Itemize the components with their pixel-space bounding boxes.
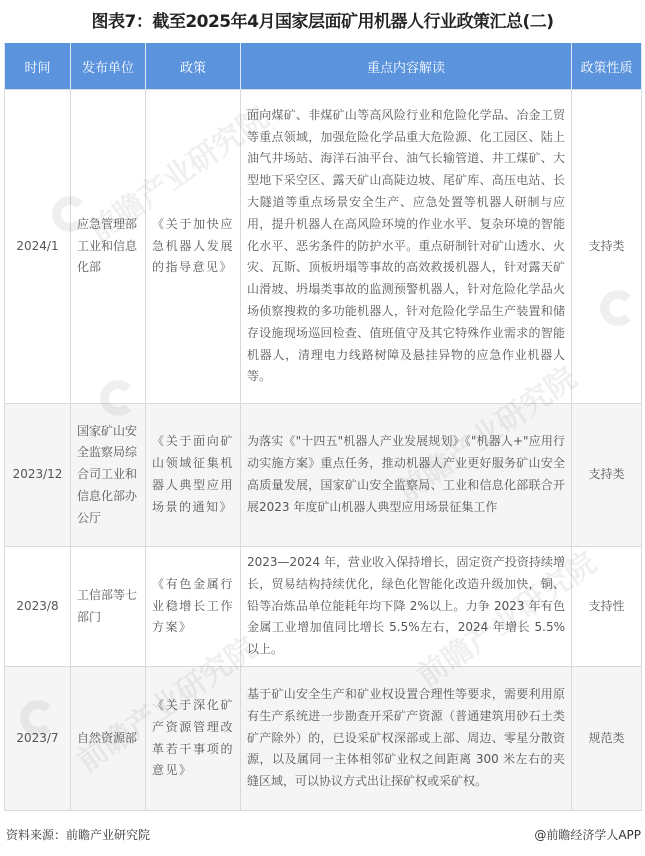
cell-content: 面向煤矿、非煤矿山等高风险行业和危险化学品、冶金工贸等重点领域，加强危险化学品重…: [241, 90, 572, 404]
source-note: 资料来源：前瞻产业研究院: [6, 826, 150, 843]
header-nature: 政策性质: [572, 43, 642, 90]
header-time: 时间: [5, 43, 71, 90]
cell-policy: 《关于加快应急机器人发展的指导意见》: [146, 90, 241, 404]
policy-table: 时间 发布单位 政策 重点内容解读 政策性质 2024/1 应急管理部工业和信息…: [4, 43, 642, 811]
cell-policy: 《有色金属行业稳增长工作方案》: [146, 547, 241, 667]
cell-org: 国家矿山安全监察局综合司工业和信息化部办公厅: [71, 404, 146, 547]
cell-content: 基于矿山安全生产和矿业权设置合理性等要求，需要利用原有生产系统进一步勘查开采矿产…: [241, 667, 572, 811]
cell-policy: 《关于面向矿山领域征集机器人典型应用场景的通知》: [146, 404, 241, 547]
header-policy: 政策: [146, 43, 241, 90]
cell-nature: 支持类: [572, 90, 642, 404]
cell-content: 为落实《"十四五"机器人产业发展规划》《"机器人+"应用行动实施方案》重点任务，…: [241, 404, 572, 547]
cell-content: 2023—2024 年，营业收入保持增长，固定资产投资持续增长，贸易结构持续优化…: [241, 547, 572, 667]
cell-nature: 支持类: [572, 404, 642, 547]
cell-nature: 规范类: [572, 667, 642, 811]
cell-org: 工信部等七部门: [71, 547, 146, 667]
table-header-row: 时间 发布单位 政策 重点内容解读 政策性质: [5, 43, 642, 90]
table-row: 2023/8 工信部等七部门 《有色金属行业稳增长工作方案》 2023—2024…: [5, 547, 642, 667]
header-org: 发布单位: [71, 43, 146, 90]
cell-time: 2024/1: [5, 90, 71, 404]
table-row: 2023/7 自然资源部 《关于深化矿产资源管理改革若干事项的意见》 基于矿山安…: [5, 667, 642, 811]
credit-note: @前瞻经济学人APP: [534, 826, 641, 843]
table-row: 2024/1 应急管理部工业和信息化部 《关于加快应急机器人发展的指导意见》 面…: [5, 90, 642, 404]
table-row: 2023/12 国家矿山安全监察局综合司工业和信息化部办公厅 《关于面向矿山领域…: [5, 404, 642, 547]
header-content: 重点内容解读: [241, 43, 572, 90]
cell-time: 2023/7: [5, 667, 71, 811]
cell-time: 2023/8: [5, 547, 71, 667]
cell-org: 应急管理部工业和信息化部: [71, 90, 146, 404]
cell-time: 2023/12: [5, 404, 71, 547]
cell-org: 自然资源部: [71, 667, 146, 811]
cell-nature: 支持性: [572, 547, 642, 667]
footer: 资料来源：前瞻产业研究院 @前瞻经济学人APP: [6, 826, 641, 846]
cell-policy: 《关于深化矿产资源管理改革若干事项的意见》: [146, 667, 241, 811]
chart-title: 图表7：截至2025年4月国家层面矿用机器人行业政策汇总(二): [0, 8, 645, 36]
